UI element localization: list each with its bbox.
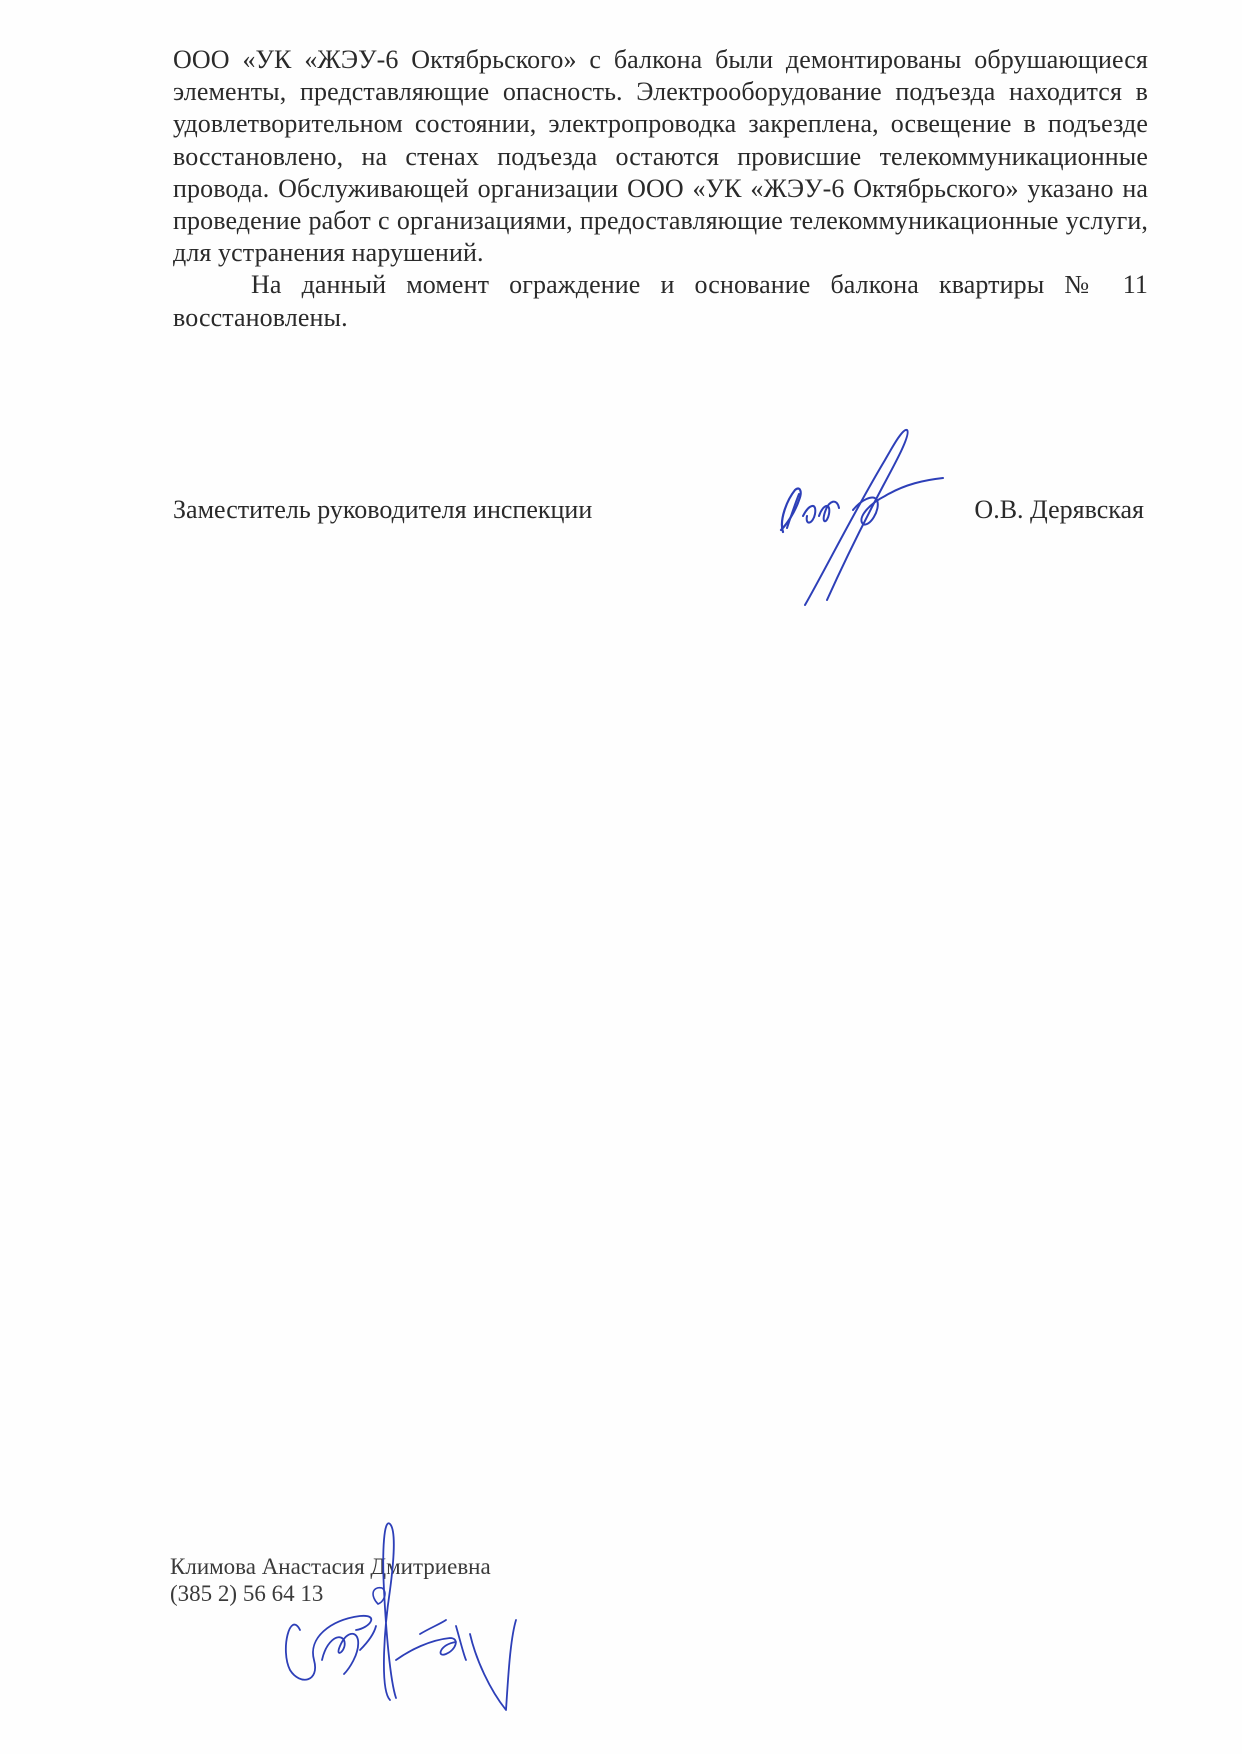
signer-position: Заместитель руководителя инспекции: [173, 490, 592, 530]
executor-signature-icon: [260, 1510, 530, 1720]
signature-block: Заместитель руководителя инспекции О.В. …: [173, 490, 1148, 530]
document-page: ООО «УК «ЖЭУ-6 Октябрьского» с балкона б…: [0, 0, 1242, 1754]
document-body: ООО «УК «ЖЭУ-6 Октябрьского» с балкона б…: [173, 44, 1148, 334]
handwritten-signature-icon: [760, 420, 950, 610]
paragraph-balcony-repair: ООО «УК «ЖЭУ-6 Октябрьского» с балкона б…: [173, 44, 1148, 269]
signer-name: О.В. Дерявская: [974, 490, 1144, 530]
paragraph-current-status: На данный момент ограждение и основание …: [173, 269, 1148, 333]
